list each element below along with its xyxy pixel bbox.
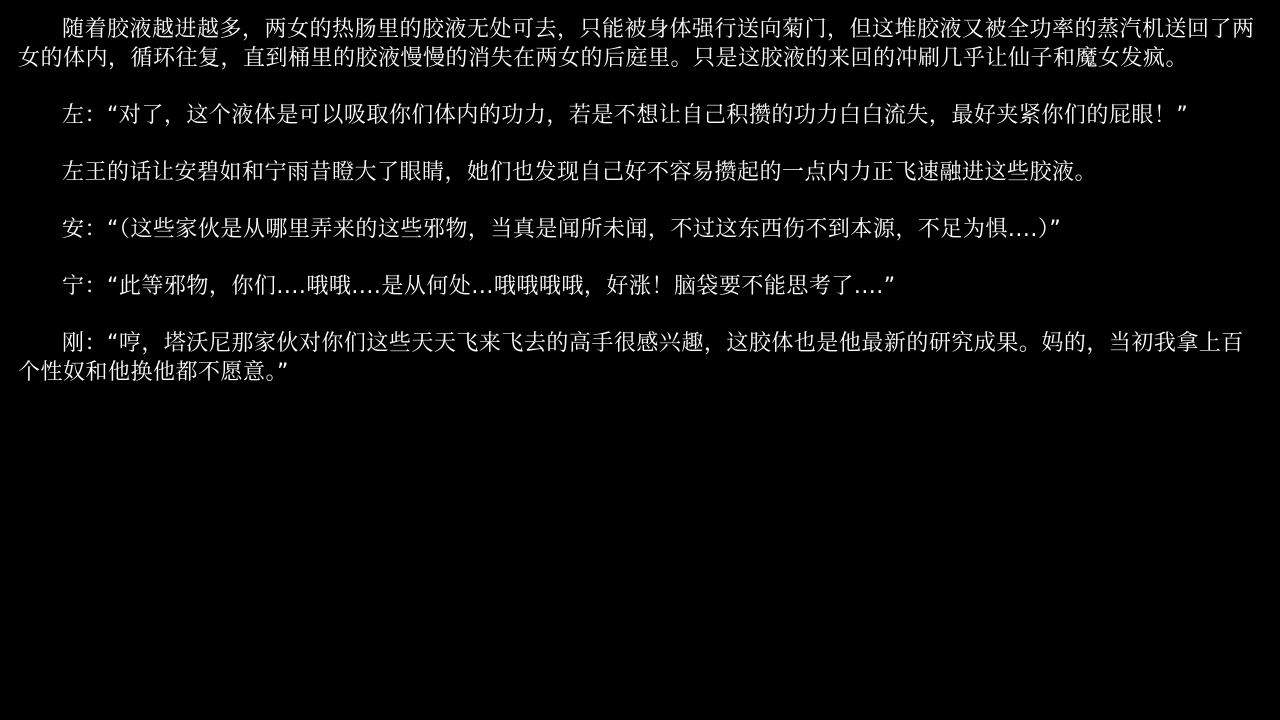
paragraph-dialogue-gang: 刚：“哼，塔沃尼那家伙对你们这些天天飞来飞去的高手很感兴趣，这胶体也是他最新的研…: [18, 329, 1258, 387]
paragraph-narration-2: 左王的话让安碧如和宁雨昔瞪大了眼睛，她们也发现自己好不容易攒起的一点内力正飞速融…: [18, 158, 1258, 187]
paragraph-dialogue-zuo: 左：“对了，这个液体是可以吸取你们体内的功力，若是不想让自己积攒的功力白白流失，…: [18, 101, 1258, 130]
paragraph-dialogue-ning: 宁：“此等邪物，你们....哦哦....是从何处...哦哦哦哦，好涨！脑袋要不能…: [18, 272, 1258, 301]
novel-text-page: 随着胶液越进越多，两女的热肠里的胶液无处可去，只能被身体强行送向菊门，但这堆胶液…: [0, 0, 1280, 720]
paragraph-dialogue-an: 安：“（这些家伙是从哪里弄来的这些邪物，当真是闻所未闻，不过这东西伤不到本源，不…: [18, 215, 1258, 244]
paragraph-narration-1: 随着胶液越进越多，两女的热肠里的胶液无处可去，只能被身体强行送向菊门，但这堆胶液…: [18, 15, 1258, 73]
